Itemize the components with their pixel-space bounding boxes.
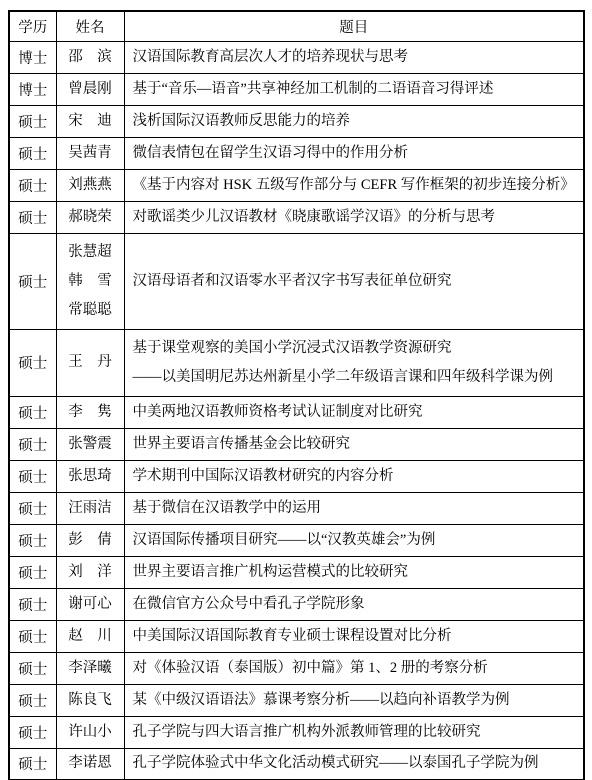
name-cell: 李诺恩 [56,748,124,780]
name-line: 宋 迪 [57,107,124,136]
degree-cell: 硕士 [9,588,56,620]
name-line: 张警震 [57,430,124,459]
degree-cell: 硕士 [9,524,56,556]
name-cell: 刘燕燕 [56,169,124,201]
name-cell: 彭 倩 [56,524,124,556]
table-row: 硕士 张慧超韩 雪常聪聪 汉语母语者和汉语零水平者汉字书写表征单位研究 [9,233,584,329]
degree-cell: 硕士 [9,396,56,428]
header-title: 题目 [124,11,584,41]
header-name: 姓名 [56,11,124,41]
title-line: 微信表情包在留学生汉语习得中的作用分析 [133,139,580,168]
name-cell: 刘 洋 [56,556,124,588]
title-cell: 某《中级汉语语法》慕课考察分析——以趋向补语教学为例 [124,684,584,716]
degree-cell: 硕士 [9,329,56,396]
title-line: 对歌谣类少儿汉语教材《晓康歌谣学汉语》的分析与思考 [133,203,580,232]
name-line: 赵 川 [57,622,124,651]
degree-cell: 博士 [9,41,56,73]
title-cell: 微信表情包在留学生汉语习得中的作用分析 [124,137,584,169]
degree-cell: 硕士 [9,556,56,588]
title-line: 世界主要语言传播基金会比较研究 [133,430,580,459]
table-row: 硕士 许山小 孔子学院与四大语言推广机构外派教师管理的比较研究 [9,716,584,748]
table-row: 硕士 宋 迪 浅析国际汉语教师反思能力的培养 [9,105,584,137]
name-line: 常聪聪 [57,296,124,325]
table-row: 博士 曾晨刚 基于“音乐—语音”共享神经加工机制的二语语音习得评述 [9,73,584,105]
name-line: 谢可心 [57,590,124,619]
thesis-table: 学历 姓名 题目 博士 邵 滨 汉语国际教育高层次人才的培养现状与思考 博士 曾… [8,10,585,780]
title-line: ——以美国明尼苏达州新星小学二年级语言课和四年级科学课为例 [133,363,580,392]
table-row: 硕士 陈良飞 某《中级汉语语法》慕课考察分析——以趋向补语教学为例 [9,684,584,716]
degree-cell: 硕士 [9,620,56,652]
document-page: 学历 姓名 题目 博士 邵 滨 汉语国际教育高层次人才的培养现状与思考 博士 曾… [0,0,592,780]
table-row: 硕士 刘 洋 世界主要语言推广机构运营模式的比较研究 [9,556,584,588]
title-line: 对《体验汉语（泰国版）初中篇》第 1、2 册的考察分析 [133,654,580,683]
title-cell: 孔子学院体验式中华文化活动模式研究——以泰国孔子学院为例 [124,748,584,780]
title-cell: 学术期刊中国际汉语教材研究的内容分析 [124,460,584,492]
title-line: 世界主要语言推广机构运营模式的比较研究 [133,558,580,587]
table-row: 硕士 李诺恩 孔子学院体验式中华文化活动模式研究——以泰国孔子学院为例 [9,748,584,780]
degree-cell: 硕士 [9,652,56,684]
name-line: 陈良飞 [57,686,124,715]
name-line: 吴茜青 [57,139,124,168]
name-line: 王 丹 [57,348,124,377]
name-line: 刘燕燕 [57,171,124,200]
name-line: 李诺恩 [57,749,124,778]
table-row: 硕士 李泽曦 对《体验汉语（泰国版）初中篇》第 1、2 册的考察分析 [9,652,584,684]
table-row: 硕士 张警震 世界主要语言传播基金会比较研究 [9,428,584,460]
name-cell: 李泽曦 [56,652,124,684]
name-line: 张慧超 [57,238,124,267]
name-cell: 陈良飞 [56,684,124,716]
title-cell: 世界主要语言推广机构运营模式的比较研究 [124,556,584,588]
table-row: 硕士 郝晓荣 对歌谣类少儿汉语教材《晓康歌谣学汉语》的分析与思考 [9,201,584,233]
name-cell: 曾晨刚 [56,73,124,105]
table-row: 硕士 彭 倩 汉语国际传播项目研究——以“汉教英雄会”为例 [9,524,584,556]
degree-cell: 硕士 [9,233,56,329]
title-cell: 世界主要语言传播基金会比较研究 [124,428,584,460]
degree-cell: 博士 [9,73,56,105]
name-cell: 李 隽 [56,396,124,428]
title-line: 汉语母语者和汉语零水平者汉字书写表征单位研究 [133,267,580,296]
title-line: 汉语国际教育高层次人才的培养现状与思考 [133,43,580,72]
name-cell: 张警震 [56,428,124,460]
title-line: 孔子学院与四大语言推广机构外派教师管理的比较研究 [133,718,580,747]
name-cell: 谢可心 [56,588,124,620]
title-cell: 浅析国际汉语教师反思能力的培养 [124,105,584,137]
title-cell: 汉语国际教育高层次人才的培养现状与思考 [124,41,584,73]
title-line: 中美国际汉语国际教育专业硕士课程设置对比分析 [133,622,580,651]
title-cell: 汉语国际传播项目研究——以“汉教英雄会”为例 [124,524,584,556]
name-line: 张思琦 [57,462,124,491]
title-line: 某《中级汉语语法》慕课考察分析——以趋向补语教学为例 [133,686,580,715]
title-line: 孔子学院体验式中华文化活动模式研究——以泰国孔子学院为例 [133,749,580,778]
table-row: 硕士 张思琦 学术期刊中国际汉语教材研究的内容分析 [9,460,584,492]
name-cell: 张慧超韩 雪常聪聪 [56,233,124,329]
name-cell: 许山小 [56,716,124,748]
header-degree: 学历 [9,11,56,41]
title-cell: 汉语母语者和汉语零水平者汉字书写表征单位研究 [124,233,584,329]
title-line: 基于微信在汉语教学中的运用 [133,494,580,523]
title-line: 在微信官方公众号中看孔子学院形象 [133,590,580,619]
degree-cell: 硕士 [9,748,56,780]
degree-cell: 硕士 [9,201,56,233]
name-line: 许山小 [57,718,124,747]
table-row: 博士 邵 滨 汉语国际教育高层次人才的培养现状与思考 [9,41,584,73]
table-row: 硕士 王 丹 基于课堂观察的美国小学沉浸式汉语教学资源研究——以美国明尼苏达州新… [9,329,584,396]
title-cell: 中美两地汉语教师资格考试认证制度对比研究 [124,396,584,428]
name-cell: 赵 川 [56,620,124,652]
degree-cell: 硕士 [9,428,56,460]
name-cell: 宋 迪 [56,105,124,137]
name-line: 彭 倩 [57,526,124,555]
title-cell: 孔子学院与四大语言推广机构外派教师管理的比较研究 [124,716,584,748]
table-row: 硕士 吴茜青 微信表情包在留学生汉语习得中的作用分析 [9,137,584,169]
table-body: 博士 邵 滨 汉语国际教育高层次人才的培养现状与思考 博士 曾晨刚 基于“音乐—… [9,41,584,780]
title-line: 基于“音乐—语音”共享神经加工机制的二语语音习得评述 [133,75,580,104]
name-line: 曾晨刚 [57,75,124,104]
table-row: 硕士 赵 川 中美国际汉语国际教育专业硕士课程设置对比分析 [9,620,584,652]
name-cell: 王 丹 [56,329,124,396]
name-line: 刘 洋 [57,558,124,587]
degree-cell: 硕士 [9,105,56,137]
name-line: 郝晓荣 [57,203,124,232]
title-cell: 《基于内容对 HSK 五级写作部分与 CEFR 写作框架的初步连接分析》 [124,169,584,201]
title-cell: 在微信官方公众号中看孔子学院形象 [124,588,584,620]
name-line: 李泽曦 [57,654,124,683]
name-cell: 汪雨洁 [56,492,124,524]
degree-cell: 硕士 [9,137,56,169]
header-row: 学历 姓名 题目 [9,11,584,41]
table-row: 硕士 李 隽 中美两地汉语教师资格考试认证制度对比研究 [9,396,584,428]
table-row: 硕士 谢可心 在微信官方公众号中看孔子学院形象 [9,588,584,620]
name-line: 汪雨洁 [57,494,124,523]
title-cell: 中美国际汉语国际教育专业硕士课程设置对比分析 [124,620,584,652]
table-row: 硕士 汪雨洁 基于微信在汉语教学中的运用 [9,492,584,524]
title-line: 浅析国际汉语教师反思能力的培养 [133,107,580,136]
name-line: 李 隽 [57,398,124,427]
name-cell: 郝晓荣 [56,201,124,233]
title-line: 中美两地汉语教师资格考试认证制度对比研究 [133,398,580,427]
title-cell: 基于课堂观察的美国小学沉浸式汉语教学资源研究——以美国明尼苏达州新星小学二年级语… [124,329,584,396]
degree-cell: 硕士 [9,460,56,492]
name-line: 邵 滨 [57,43,124,72]
title-cell: 基于“音乐—语音”共享神经加工机制的二语语音习得评述 [124,73,584,105]
degree-cell: 硕士 [9,684,56,716]
title-cell: 基于微信在汉语教学中的运用 [124,492,584,524]
degree-cell: 硕士 [9,169,56,201]
title-line: 汉语国际传播项目研究——以“汉教英雄会”为例 [133,526,580,555]
title-line: 基于课堂观察的美国小学沉浸式汉语教学资源研究 [133,334,580,363]
table-row: 硕士 刘燕燕 《基于内容对 HSK 五级写作部分与 CEFR 写作框架的初步连接… [9,169,584,201]
degree-cell: 硕士 [9,716,56,748]
degree-cell: 硕士 [9,492,56,524]
name-line: 韩 雪 [57,267,124,296]
title-line: 《基于内容对 HSK 五级写作部分与 CEFR 写作框架的初步连接分析》 [133,171,580,200]
title-cell: 对歌谣类少儿汉语教材《晓康歌谣学汉语》的分析与思考 [124,201,584,233]
name-cell: 邵 滨 [56,41,124,73]
title-line: 学术期刊中国际汉语教材研究的内容分析 [133,462,580,491]
name-cell: 吴茜青 [56,137,124,169]
name-cell: 张思琦 [56,460,124,492]
title-cell: 对《体验汉语（泰国版）初中篇》第 1、2 册的考察分析 [124,652,584,684]
